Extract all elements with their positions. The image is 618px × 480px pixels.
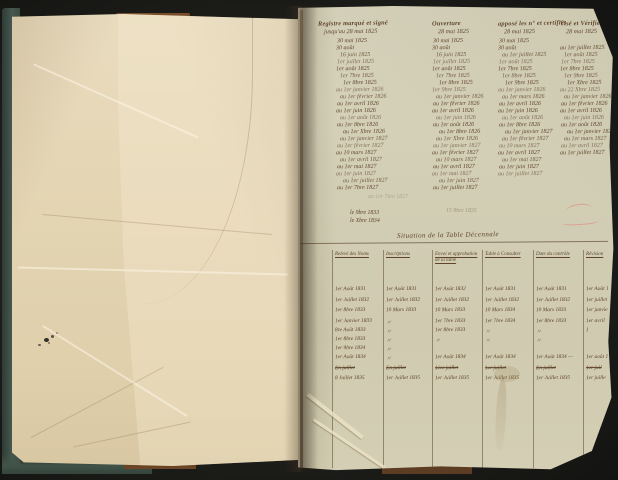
table-header-cell: Révision	[583, 250, 608, 270]
table-cell: En juillet	[332, 365, 383, 375]
table-cell: 1er janvier	[583, 307, 608, 318]
log-date-entry: au 1er juillet 1827	[560, 150, 615, 158]
log-column-1-subheader: jusqu'au 28 mai 1825	[324, 28, 388, 36]
table-cell: 1er Juillet 1835	[432, 375, 482, 387]
table-cell: 1er juillet	[583, 297, 608, 307]
ink-blot	[36, 330, 66, 354]
table-cell: 1er Juillet 1832	[482, 297, 533, 307]
table-cell: 〃	[533, 336, 583, 345]
log-column-3-subheader: 28 mai 1825	[504, 28, 567, 36]
log-date-entry: au 1er juillet 1827	[433, 185, 484, 193]
scanned-register-spread: { "scan": { "background_color": "#1d1d1a…	[0, 0, 618, 480]
book-spine-fold	[300, 10, 303, 468]
table-cell: 1er 7bre 1833	[432, 318, 482, 327]
table-cell: 8 Juillet 1835	[332, 375, 383, 387]
table-cell: 1er 8bre 1833	[332, 336, 383, 345]
log-column-3-header: apposé les n° et certifiés	[498, 19, 567, 27]
table-cell: 〃	[482, 327, 533, 336]
log-column-1-dates: 30 mai 182530 août16 juin 18251er juille…	[336, 38, 388, 192]
table-cell: 〃	[482, 336, 533, 345]
decennale-table-rows: 1er Août 18311er Août 18311er Août 18321…	[332, 286, 608, 387]
table-cell: 1er Août 1834	[332, 354, 383, 365]
table-cell: 10 Mars 1833	[432, 307, 482, 318]
log-column-2-subheader: 28 mai 1825	[438, 28, 484, 35]
log-column-2-dates: 30 mai 182530 août16 juin 18251er juille…	[432, 38, 484, 192]
table-cell	[583, 345, 608, 354]
log-date-entry: au 1er 7bre 1827	[337, 185, 388, 193]
table-row: 8re Août 1833〃1er 8bre 1833〃〃}	[332, 327, 608, 336]
table-row: 1er Août 18311er Août 18311er Août 18321…	[332, 286, 608, 297]
table-cell: 1er 8bre 1833	[432, 327, 482, 336]
table-cell: 1er Août 1834	[482, 354, 533, 365]
table-header-cell: Envoi et approbation de la table	[432, 250, 482, 270]
table-cell: 10 Mars 1833	[383, 307, 432, 318]
table-cell: 〃	[383, 354, 432, 365]
table-cell: 1er Août 1831	[533, 286, 583, 297]
table-cell: 1er juil	[583, 365, 608, 375]
log-column-4-header: Visé et Vérifié	[560, 20, 615, 28]
table-cell	[432, 345, 482, 354]
table-cell: 1er Août 1831	[383, 286, 432, 297]
table-cell: 1er juille	[583, 375, 608, 387]
table-header-cell: Date du contrôle	[533, 250, 583, 270]
table-cell: 〃	[383, 327, 432, 336]
table-cell: 1er 7bre 1834	[482, 318, 533, 327]
log-column-4: Visé et Vérifié 28 mai 1825 au 1er juill…	[560, 20, 615, 157]
table-row: 1er Août 1834〃1er Août 18341er Août 1834…	[332, 354, 608, 365]
table-cell: 1er Août 1831	[332, 286, 383, 297]
table-cell	[583, 336, 608, 345]
left-blank-page	[12, 14, 304, 466]
table-row: En juilletEn juillet1ère juillet1er juil…	[332, 365, 608, 375]
table-cell	[482, 345, 533, 354]
table-cell: 1er Juillet 1835	[383, 375, 432, 387]
table-row: 1er 8bre 183310 Mars 183310 Mars 183310 …	[332, 307, 608, 318]
table-cell: 10 Mars 1834	[482, 307, 533, 318]
table-cell: 〃	[383, 336, 432, 345]
table-cell: 1er Août 18	[583, 286, 608, 297]
table-row: 8 Juillet 18351er Juillet 18351er Juille…	[332, 375, 608, 387]
interim-note: le 9bre 1833	[350, 210, 379, 216]
table-row: 1er 9bre 1834〃	[332, 345, 608, 354]
right-register-page: Registre marqué et signé jusqu'au 28 mai…	[298, 6, 614, 472]
table-cell: 1er Janvier 1833	[332, 318, 383, 327]
table-cell: 10 Mars 1833	[533, 307, 583, 318]
table-cell: 1er Août 1834 —	[533, 354, 583, 365]
interim-note: au 1er 7bre 1827	[368, 194, 408, 200]
log-column-3: apposé les n° et certifiés 28 mai 1825 3…	[498, 20, 566, 178]
table-row: 1er Janvier 1833〃1er 7bre 18331er 7bre 1…	[332, 318, 608, 327]
table-cell: En juillet	[383, 365, 432, 375]
table-cell	[533, 345, 583, 354]
table-cell: 1er Août 1831	[482, 286, 533, 297]
table-cell: 〃	[432, 336, 482, 345]
table-cell: 1er Août 1832	[432, 286, 482, 297]
interim-note: 15 9bre 1835	[446, 208, 477, 214]
table-cell: 1ère juillet	[432, 365, 482, 375]
table-cell: 1er Juillet 1832	[432, 297, 482, 307]
table-cell: 8re Août 1833	[332, 327, 383, 336]
log-column-1-header: Registre marqué et signé	[318, 19, 388, 27]
table-header-row: Relevé des NomsInscriptionsEnvoi et appr…	[332, 250, 608, 270]
log-column-1: Registre marqué et signé jusqu'au 28 mai…	[318, 20, 388, 192]
table-cell: 1er Juillet 1832	[533, 297, 583, 307]
table-header-cell: Table à Consulter	[482, 250, 533, 270]
table-cell: 〃	[533, 327, 583, 336]
decennale-table: Relevé des NomsInscriptionsEnvoi et appr…	[332, 250, 608, 468]
table-cell: 〃	[383, 318, 432, 327]
table-cell: 1er Août 1834	[432, 354, 482, 365]
table-header-cell: Inscriptions	[383, 250, 432, 270]
table-row: 1er 8bre 1833〃〃〃〃	[332, 336, 608, 345]
table-row: 1er Juillet 18321er Juillet 18321er Juil…	[332, 297, 608, 307]
log-column-4-subheader: 28 mai 1825	[566, 28, 615, 36]
log-column-3-dates: 30 mai 182530 aoûtau 1er juillet 18251er…	[498, 38, 566, 178]
water-stain	[494, 366, 520, 382]
log-column-2: Ouverture 28 mai 1825 30 mai 182530 août…	[432, 20, 484, 192]
interim-note: le Xbre 1834	[350, 218, 380, 224]
log-column-4-dates: au 1er juillet 18251er août 18251er 7bre…	[560, 38, 615, 157]
table-cell: 1er 8bre 1833	[332, 307, 383, 318]
log-column-2-header: Ouverture	[432, 20, 484, 28]
table-cell: 1er août 1834	[583, 354, 608, 365]
table-cell: 1er Juillet 1832	[332, 297, 383, 307]
table-cell: 1er Juillet 1832	[383, 297, 432, 307]
table-cell: 〃	[383, 345, 432, 354]
table-cell: En juillet	[533, 365, 583, 375]
table-cell: 1er 8bre 1833	[533, 318, 583, 327]
table-header-cell: Relevé des Noms	[332, 250, 383, 270]
log-date-entry: au 1er juillet 1827	[498, 171, 567, 179]
table-cell: }	[583, 327, 608, 336]
table-cell: 1er avril	[583, 318, 608, 327]
table-cell: 1er Juillet 1835	[533, 375, 583, 387]
table-cell: 1er 9bre 1834	[332, 345, 383, 354]
